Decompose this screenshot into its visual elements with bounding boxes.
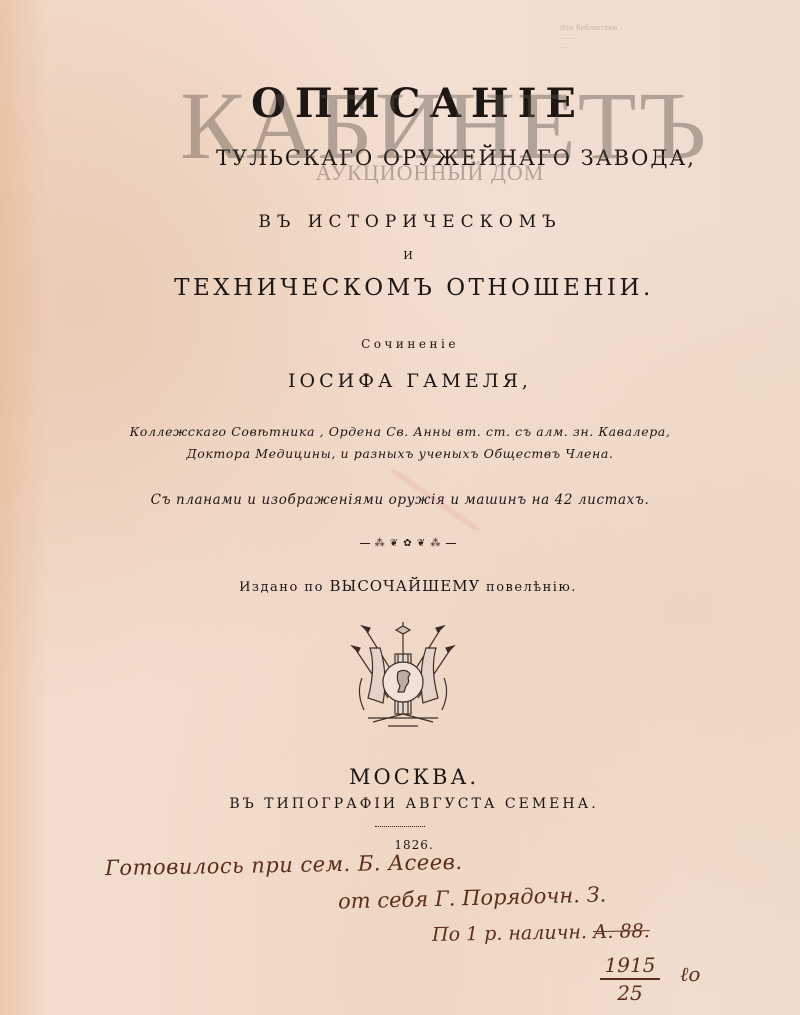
military-trophy-emblem-icon xyxy=(348,618,458,733)
plates-note: Съ планами и изображеніями оружія и маши… xyxy=(0,492,800,508)
subtitle-conjunction: И xyxy=(0,249,800,262)
work-label: Сочиненіе xyxy=(0,337,800,351)
author-titles-line-2: Доктора Медицины, и разныхъ ученыхъ Обще… xyxy=(0,446,800,461)
handwritten-date-fraction: 1915 25 xyxy=(600,952,660,1006)
subtitle-line-2: ВЪ ИСТОРИЧЕСКОМЪ xyxy=(0,212,800,232)
imprint-suffix: повелѣнію. xyxy=(486,580,577,595)
handwritten-inscription-line-3: По 1 р. наличн. А. 88. xyxy=(432,920,650,946)
fraction-denominator: 25 xyxy=(600,980,660,1006)
ornament-rule-left xyxy=(360,543,370,544)
author-name: ІОСИФА ГАМЕЛЯ, xyxy=(0,370,800,392)
subtitle-line-1: ТУЛЬСКАГО ОРУЖЕЙНАГО ЗАВОДА, xyxy=(0,146,800,170)
book-title: ОПИСАНІЕ xyxy=(0,80,800,127)
faded-library-stamp: Изъ библіотеки ... ... ... ... xyxy=(560,24,760,51)
imprint-prefix: Издано по xyxy=(239,580,324,595)
inscription-struck-text: А. 88. xyxy=(593,920,650,943)
handwritten-inscription-line-1: Готовилось при сем. Б. Асеев. xyxy=(105,850,463,880)
publication-year: 1826. xyxy=(0,838,800,852)
author-titles-line-1: Коллежскаго Совѣтника , Ордена Св. Анны … xyxy=(0,424,800,439)
publication-city: МОСКВА. xyxy=(0,765,800,789)
printer-statement: ВЪ ТИПОГРАФІИ АВГУСТА СЕМЕНА. xyxy=(0,796,800,812)
ornament-divider: ⁂ ❦ ✿ ❦ ⁂ xyxy=(0,538,800,549)
imprint-caps: ВЫСОЧАЙШЕМУ xyxy=(330,577,481,595)
fraction-numerator: 1915 xyxy=(600,952,660,980)
ornament-icon: ⁂ ❦ ✿ ❦ ⁂ xyxy=(375,538,442,549)
decorative-rule xyxy=(375,826,425,827)
ornament-rule-right xyxy=(446,543,456,544)
handwritten-inscription-line-2: от себя Г. Порядочн. З. xyxy=(338,882,607,913)
inscription-price: По 1 р. наличн. xyxy=(432,921,587,946)
title-page: Изъ библіотеки ... ... ... ... ОПИСАНІЕ … xyxy=(0,0,800,1015)
subtitle-line-3: ТЕХНИЧЕСКОМЪ ОТНОШЕНІИ. xyxy=(0,275,800,301)
handwritten-initials: ℓo xyxy=(680,962,700,987)
imprint-statement: Издано по ВЫСОЧАЙШЕМУ повелѣнію. xyxy=(0,577,800,595)
